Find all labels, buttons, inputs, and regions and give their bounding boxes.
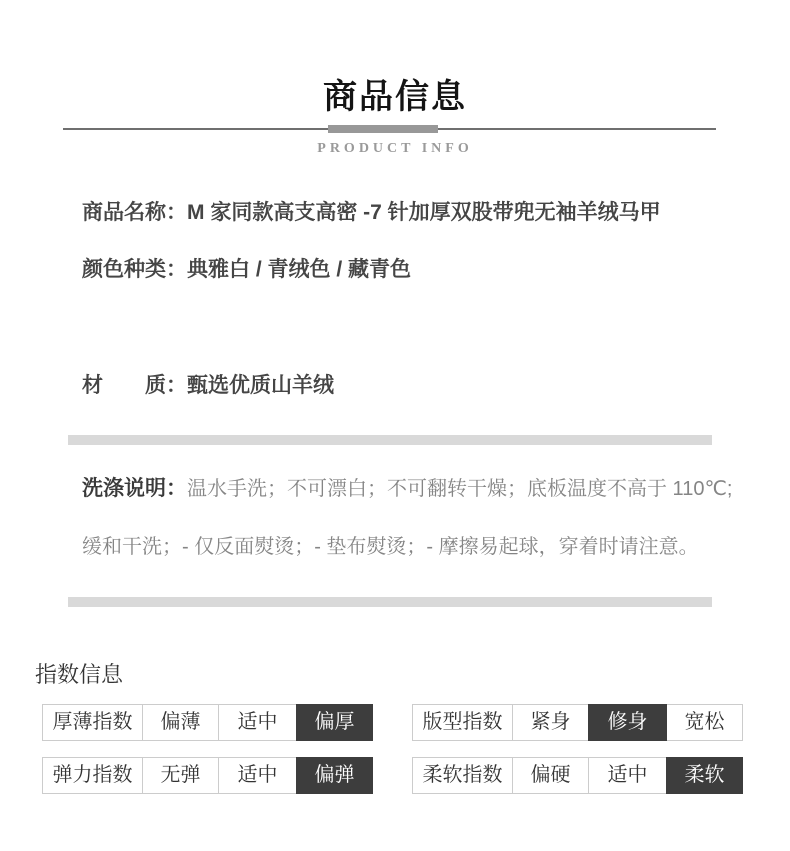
product-material-row: 材质：甄选优质山羊绒 <box>82 373 740 399</box>
index-table-thickness: 厚薄指数 偏薄 适中 偏厚 <box>42 704 373 741</box>
index-option: 无弹 <box>142 757 219 794</box>
index-option: 适中 <box>218 757 297 794</box>
index-option: 偏硬 <box>512 757 589 794</box>
washing-line-2: 缓和干洗；- 仅反面熨烫；- 垫布熨烫；- 摩擦易起球，穿着时请注意。 <box>82 535 750 561</box>
index-label: 柔软指数 <box>412 757 513 794</box>
index-option: 偏厚 <box>296 704 373 741</box>
index-option: 柔软 <box>666 757 743 794</box>
product-color-row: 颜色种类：典雅白 / 青绒色 / 藏青色 <box>82 257 740 283</box>
index-label: 厚薄指数 <box>42 704 143 741</box>
index-option: 偏薄 <box>142 704 219 741</box>
product-material-value: 甄选优质山羊绒 <box>187 374 334 397</box>
index-option: 紧身 <box>512 704 589 741</box>
index-option: 偏弹 <box>296 757 373 794</box>
index-tables: 厚薄指数 偏薄 适中 偏厚 版型指数 紧身 修身 宽松 弹力指数 无弹 适中 偏… <box>0 704 790 794</box>
product-material-label: 材质 <box>82 373 166 399</box>
product-name-label: 商品名称： <box>82 201 187 224</box>
product-name-value: M 家同款高支高密 -7 针加厚双股带兜无袖羊绒马甲 <box>187 201 661 224</box>
material-colon: ： <box>166 374 187 397</box>
index-label: 版型指数 <box>412 704 513 741</box>
index-table-elasticity: 弹力指数 无弹 适中 偏弹 <box>42 757 373 794</box>
index-option: 适中 <box>588 757 667 794</box>
page-subtitle: PRODUCT INFO <box>0 142 790 156</box>
washing-text-1: 温水手洗；不可漂白；不可翻转干燥；底板温度不高于 110℃; <box>187 478 732 500</box>
section-divider <box>68 597 712 607</box>
product-name-row: 商品名称：M 家同款高支高密 -7 针加厚双股带兜无袖羊绒马甲 <box>82 200 740 226</box>
index-section-title: 指数信息 <box>35 662 790 688</box>
product-info-block: 商品名称：M 家同款高支高密 -7 针加厚双股带兜无袖羊绒马甲 颜色种类：典雅白… <box>82 200 740 399</box>
washing-line-1: 洗涤说明：温水手洗；不可漂白；不可翻转干燥；底板温度不高于 110℃; <box>82 476 750 503</box>
washing-block: 洗涤说明：温水手洗；不可漂白；不可翻转干燥；底板温度不高于 110℃; 缓和干洗… <box>82 476 750 561</box>
header-thick-bar <box>328 125 438 133</box>
product-info-page: 商品信息 PRODUCT INFO 商品名称：M 家同款高支高密 -7 针加厚双… <box>0 0 790 851</box>
index-option: 宽松 <box>666 704 743 741</box>
index-table-fit: 版型指数 紧身 修身 宽松 <box>412 704 743 741</box>
product-color-label: 颜色种类： <box>82 258 187 281</box>
section-divider <box>68 435 712 445</box>
page-title: 商品信息 <box>0 0 790 114</box>
material-label-char-left: 材 <box>82 373 103 399</box>
index-label: 弹力指数 <box>42 757 143 794</box>
index-option: 修身 <box>588 704 667 741</box>
index-option: 适中 <box>218 704 297 741</box>
washing-label: 洗涤说明： <box>82 477 187 500</box>
index-table-softness: 柔软指数 偏硬 适中 柔软 <box>412 757 743 794</box>
washing-text-2: 缓和干洗；- 仅反面熨烫；- 垫布熨烫；- 摩擦易起球，穿着时请注意。 <box>82 536 699 558</box>
header-rule <box>63 125 716 133</box>
material-label-char-right: 质 <box>145 373 166 399</box>
product-color-value: 典雅白 / 青绒色 / 藏青色 <box>187 258 411 281</box>
